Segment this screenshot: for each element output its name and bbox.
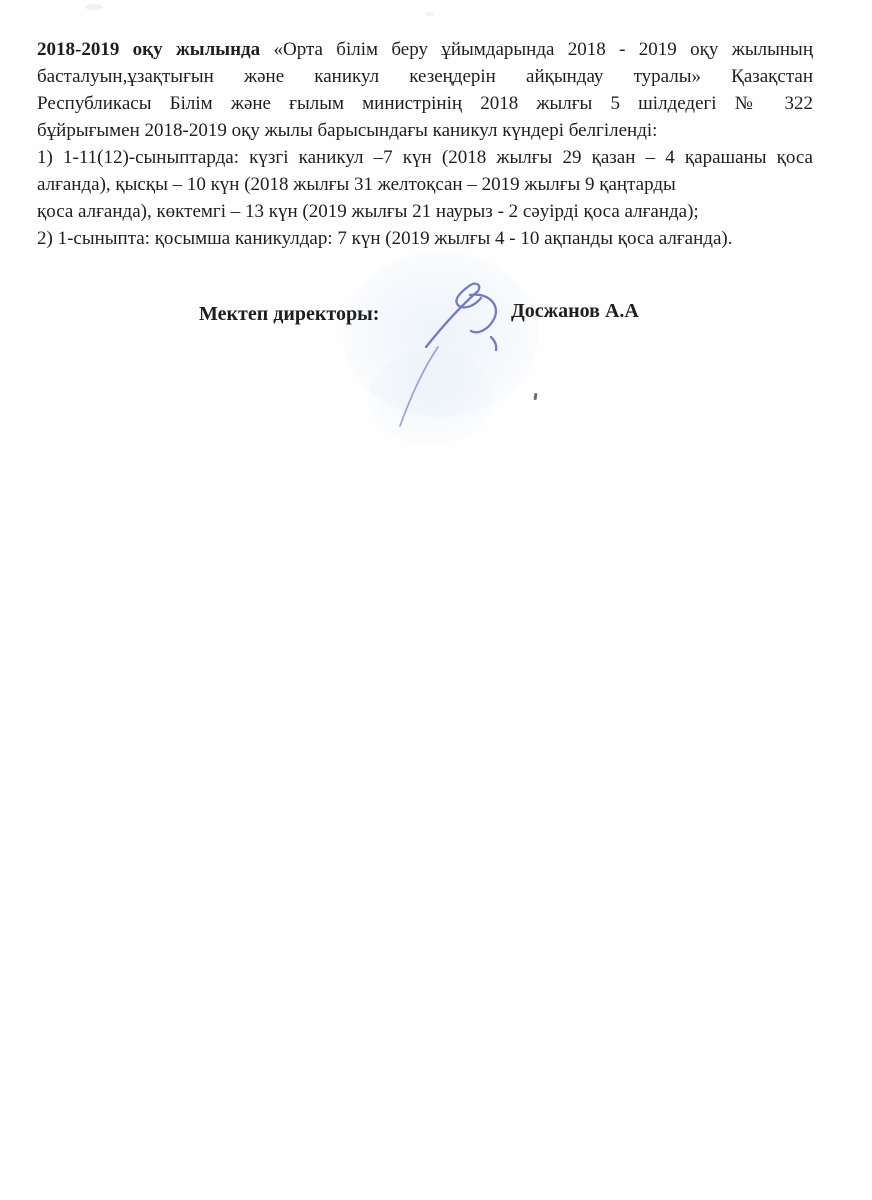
scanned-page: 2018-2019 оқу жылында «Орта білім беру ұ… <box>0 0 872 1200</box>
document-text-block: 2018-2019 оқу жылында «Орта білім беру ұ… <box>37 36 813 252</box>
doc-line: алғанда), қысқы – 10 күн (2018 жылғы 31 … <box>37 171 813 198</box>
doc-line: Республикасы Білім және ғылым министріні… <box>37 90 813 117</box>
signature-name: Досжанов А.А <box>511 300 639 323</box>
handwritten-signature-ink <box>370 263 510 438</box>
doc-line-text: «Орта білім беру ұйымдарында 2018 - 2019… <box>260 39 813 60</box>
doc-line: қоса алғанда), көктемгі – 13 күн (2019 ж… <box>37 198 813 225</box>
doc-line: 2) 1-сыныпта: қосымша каникулдар: 7 күн … <box>37 225 813 252</box>
scan-smudge <box>425 12 435 16</box>
scan-smudge <box>85 4 103 10</box>
doc-line: 2018-2019 оқу жылында «Орта білім беру ұ… <box>37 36 813 63</box>
ink-speck <box>534 393 538 400</box>
doc-line: басталуын,ұзақтығын және каникул кезеңде… <box>37 63 813 90</box>
doc-line: 1) 1-11(12)-сыныптарда: күзгі каникул –7… <box>37 144 813 171</box>
doc-line-bold-lead: 2018-2019 оқу жылында <box>37 39 260 60</box>
doc-line: бұйрығымен 2018-2019 оқу жылы барысындағ… <box>37 117 813 144</box>
signature-role-label: Мектеп директоры: <box>199 303 379 326</box>
